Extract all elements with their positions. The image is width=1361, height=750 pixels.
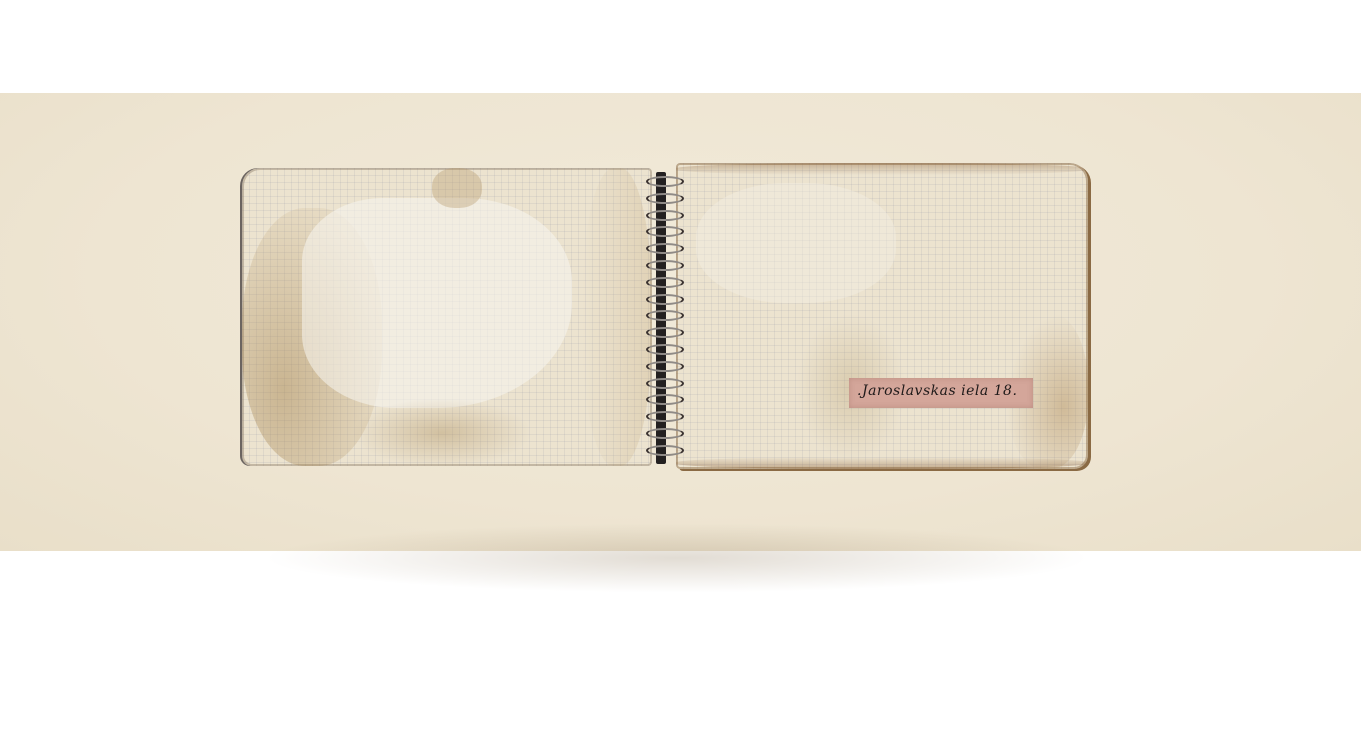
spiral-coil [646,193,684,204]
stain [676,163,1088,175]
spiral-coil [646,277,684,288]
stain [302,198,572,408]
spiral-coil [646,378,684,389]
left-page [242,168,652,466]
spiral-coil [646,176,684,187]
stain [352,398,532,466]
spiral-coil [646,243,684,254]
spiral-coil [646,361,684,372]
spiral-coil [646,260,684,271]
stain [432,168,482,208]
stain [582,168,652,466]
label-handwriting: .Jaroslavskas iela 18. [857,383,1017,399]
spiral-coil [646,344,684,355]
pasted-address-label: .Jaroslavskas iela 18. [849,378,1033,408]
notebook-shadow [262,523,1092,593]
spiral-coil [646,394,684,405]
spiral-coil [646,226,684,237]
spiral-coil [646,445,684,456]
spiral-binding [646,176,686,466]
stain [696,183,896,303]
spiral-coil [646,411,684,422]
right-page [676,163,1088,469]
stain [676,457,1088,469]
spiral-coil [646,310,684,321]
spiral-coil [646,294,684,305]
spiral-coil [646,327,684,338]
spiral-coil [646,210,684,221]
spiral-coil [646,428,684,439]
